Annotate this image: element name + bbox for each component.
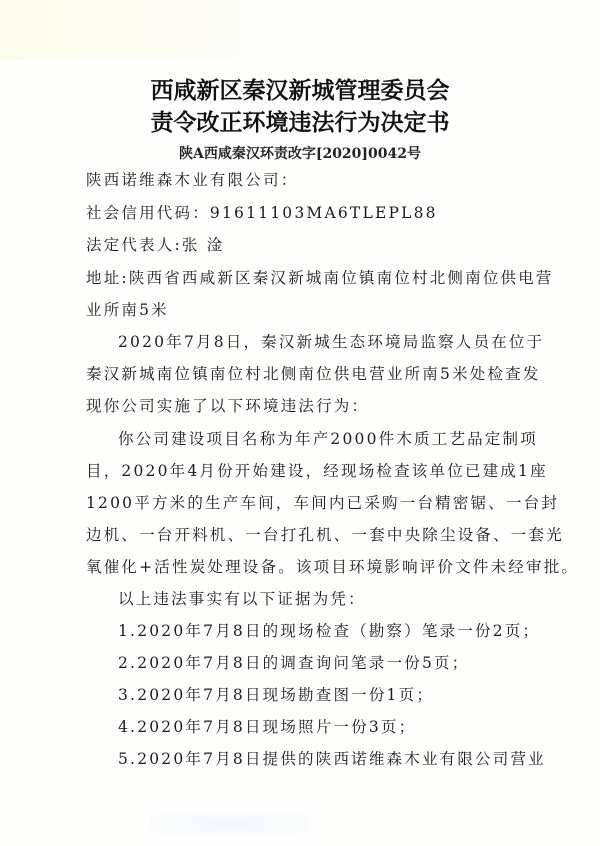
document-number: 陕A西咸秦汉环责改字[2020]0042号	[0, 143, 600, 163]
legal-representative: 法定代表人:张 淦	[86, 233, 224, 255]
paragraph-1-line: 现你公司实施了以下环境违法行为：	[86, 394, 369, 416]
recipient: 陕西诺维森木业有限公司：	[86, 168, 298, 190]
evidence-intro: 以上违法事实有以下证据为凭：	[118, 587, 366, 609]
paragraph-1-line: 秦汉新城南位镇南位村北侧南位供电营业所南5米处检查发	[86, 362, 541, 384]
document-title-line-1: 西咸新区秦汉新城管理委员会	[0, 72, 600, 105]
evidence-item: 2.2020年7月8日的调查询问笔录一份5页；	[118, 651, 469, 673]
evidence-item: 5.2020年7月8日提供的陕西诺维森木业有限公司营业	[118, 747, 546, 769]
scan-tint	[0, 0, 290, 60]
scan-artifact	[150, 810, 310, 838]
evidence-item: 4.2020年7月8日现场照片一份3页；	[118, 715, 416, 737]
paragraph-2-line: 边机、一台开料机、一台打孔机、一套中央除尘设备、一套光	[86, 523, 564, 545]
paragraph-2-line: 氧催化+活性炭处理设备。该项目环境影响评价文件未经审批。	[86, 555, 579, 577]
document-title-line-2: 责令改正环境违法行为决定书	[0, 104, 600, 137]
paragraph-1-line: 2020年7月8日，秦汉新城生态环境局监察人员在位于	[118, 330, 544, 352]
evidence-item: 3.2020年7月8日现场勘查图一份1页；	[118, 683, 434, 705]
paragraph-2-line: 1200平方米的生产车间，车间内已采购一台精密锯、一台封	[86, 491, 559, 513]
address-line-1: 地址:陕西省西咸新区秦汉新城南位镇南位村北侧南位供电营	[86, 266, 554, 288]
paragraph-2-line: 目，2020年4月份开始建设，经现场检查该单位已建成1座	[86, 459, 548, 481]
paragraph-2-line: 你公司建设项目名称为年产2000件木质工艺品定制项	[118, 427, 538, 449]
evidence-item: 1.2020年7月8日的现场检查（勘察）笔录一份2页；	[118, 619, 540, 641]
address-line-2: 业所南5米	[86, 298, 169, 320]
credit-code: 社会信用代码：91611103MA6TLEPL88	[86, 201, 438, 223]
